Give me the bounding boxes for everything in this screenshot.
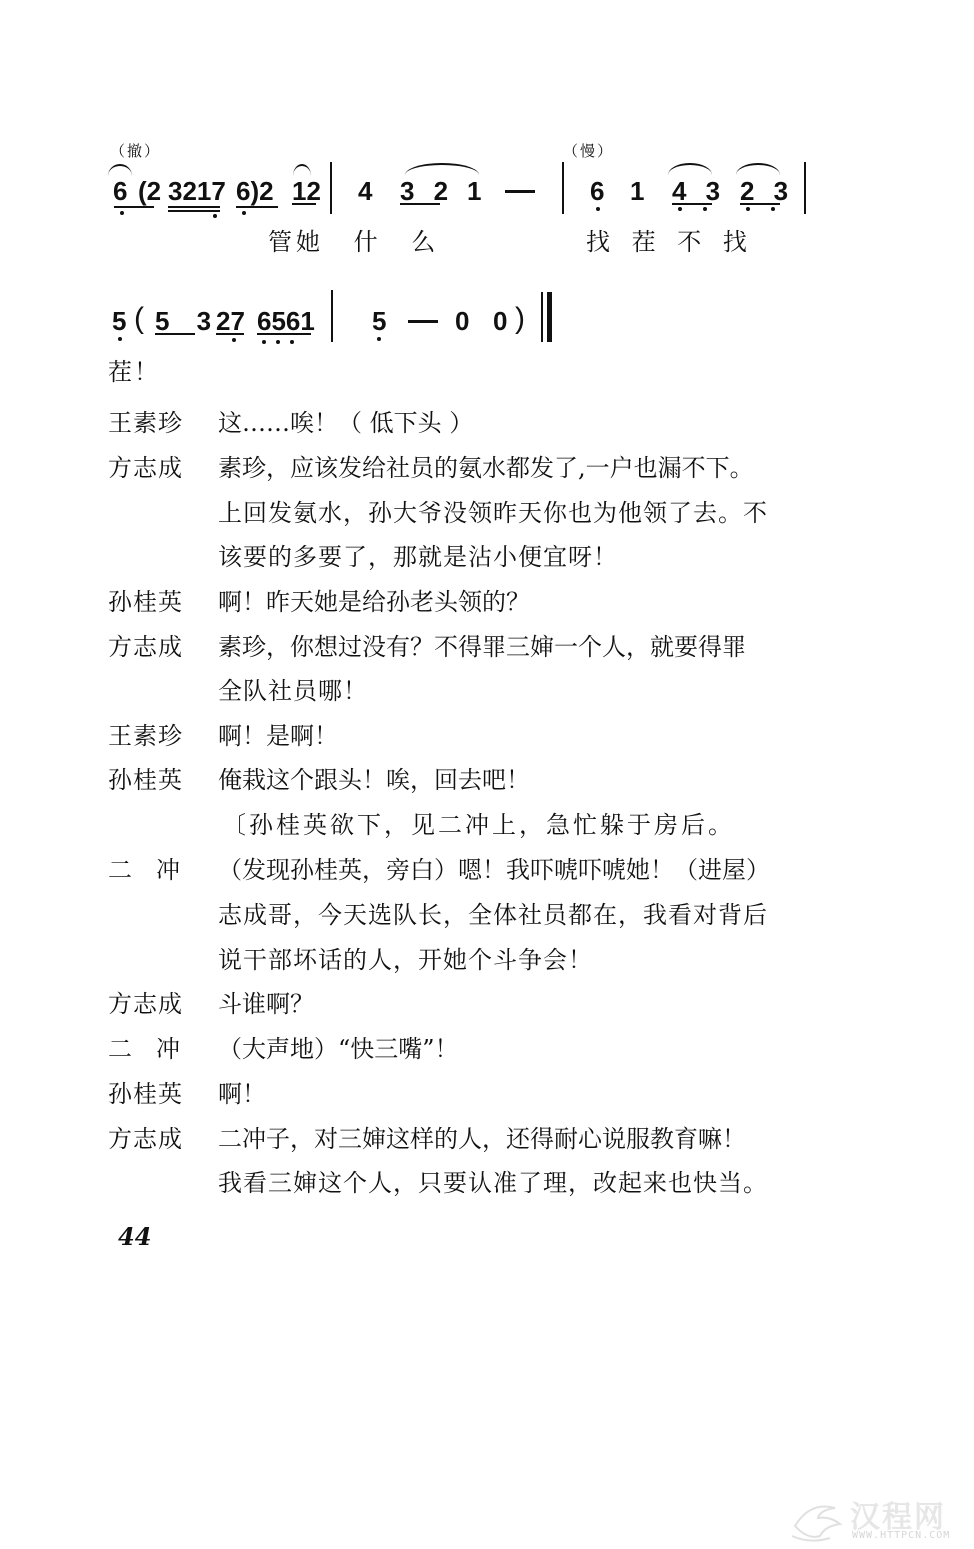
dialogue-line: 上回发氨水，孙大爷没领昨天你也为他领了去。不: [218, 498, 768, 528]
speaker-name: 方志成: [108, 453, 218, 483]
watermark-logo-icon: [790, 1496, 850, 1546]
watermark-url: WWW.HTTPCN.COM: [852, 1530, 950, 1541]
dialogue-entry: 孙桂英俺栽这个跟头！唉，回去吧！: [108, 765, 530, 795]
slur: [736, 163, 780, 175]
speaker-name: 二 冲: [108, 1034, 218, 1064]
note: 6561: [257, 306, 315, 336]
note: ): [515, 304, 525, 334]
dialogue-entry: 方志成素珍，应该发给社员的氨水都发了,一户也漏不下。: [108, 453, 754, 483]
slur: [293, 164, 311, 176]
dialogue-entry: 方志成素珍，你想过没有？不得罪三婶一个人，就要得罪: [108, 632, 746, 662]
slur: [108, 164, 132, 176]
note: 3 2: [400, 176, 454, 206]
note: 4 3: [672, 176, 726, 206]
speaker-name: 孙桂英: [108, 587, 218, 617]
dialogue-line: （发现孙桂英，旁白）嗯！我吓唬吓唬她！（进屋）: [218, 856, 770, 884]
note: (2: [138, 176, 161, 206]
bar-line: [804, 162, 806, 214]
note: 1: [467, 176, 481, 206]
dialogue-line: 该要的多要了，那就是沾小便宜呀！: [218, 542, 618, 572]
note: 27: [216, 306, 245, 336]
lyric: 茬！: [108, 352, 160, 387]
note: 12: [292, 176, 321, 206]
note: 6: [590, 176, 604, 206]
speaker-name: 王素珍: [108, 721, 218, 751]
lyric: 找 茬 不 找: [586, 222, 751, 257]
note: 4: [358, 176, 372, 206]
note: 5: [372, 306, 386, 336]
page-number: 44: [118, 1222, 151, 1251]
dialogue-entry: 方志成斗谁啊？: [108, 989, 314, 1019]
dialogue-line: （大声地）“快三嘴”！: [218, 1035, 459, 1063]
dialogue-line: 素珍，应该发给社员的氨水都发了,一户也漏不下。: [218, 454, 754, 482]
dialogue-entry: 孙桂英啊！昨天她是给孙老头领的？: [108, 587, 530, 617]
slur: [405, 163, 479, 175]
bar-line: [331, 290, 333, 342]
dialogue-entry: 孙桂英啊！: [108, 1079, 266, 1109]
lyric: 管她 什 么: [268, 222, 439, 257]
bar-line: [330, 162, 332, 214]
dialogue-line: 志成哥，今天选队长，全体社员都在，我看对背后: [218, 900, 768, 930]
note: 6: [113, 176, 127, 206]
note: 3217: [168, 176, 226, 206]
note: 1: [630, 176, 644, 206]
stage-direction: 〔孙桂英欲下，见二冲上，急忙躲于房后。: [222, 810, 735, 840]
speaker-name: 方志成: [108, 1124, 218, 1154]
dash: [408, 320, 438, 323]
dialogue-line: 斗谁啊？: [218, 990, 314, 1018]
dialogue-entry: 王素珍啊！是啊！: [108, 721, 338, 751]
dialogue-line: 说干部坏话的人，开她个斗争会！: [218, 945, 593, 975]
note: 2 3: [740, 176, 794, 206]
dialogue-line: 啊！是啊！: [218, 722, 338, 750]
dialogue-line: 啊！昨天她是给孙老头领的？: [218, 588, 530, 616]
slur: [668, 163, 712, 175]
dialogue-entry: 王素珍这……唉！（ 低下头 ）: [108, 408, 473, 438]
dialogue-entry: 二 冲（大声地）“快三嘴”！: [108, 1034, 459, 1064]
watermark: 汉程网 WWW.HTTPCN.COM: [790, 1492, 970, 1548]
dialogue-line: 素珍，你想过没有？不得罪三婶一个人，就要得罪: [218, 633, 746, 661]
dialogue-entry: 方志成二冲子，对三婶这样的人，还得耐心说服教育嘛！: [108, 1124, 746, 1154]
dialogue-entry: 二 冲（发现孙桂英，旁白）嗯！我吓唬吓唬她！（进屋）: [108, 855, 770, 885]
dialogue-line: 这……唉！（ 低下头 ）: [218, 409, 473, 437]
speaker-name: 二 冲: [108, 855, 218, 885]
note: 5: [112, 306, 126, 336]
final-bar-thin: [541, 292, 543, 342]
dash: [505, 190, 535, 193]
dialogue-line: 二冲子，对三婶这样的人，还得耐心说服教育嘛！: [218, 1125, 746, 1153]
bar-line: [562, 162, 564, 214]
dialogue-line: 我看三婶这个人，只要认准了理，改起来也快当。: [218, 1168, 768, 1198]
dialogue-line: 全队社员哪！: [218, 676, 368, 706]
tempo-mark-1: （撤）: [110, 140, 161, 161]
dialogue-line: 俺栽这个跟头！唉，回去吧！: [218, 766, 530, 794]
speaker-name: 孙桂英: [108, 1079, 218, 1109]
final-bar-thick: [547, 292, 552, 342]
speaker-name: 方志成: [108, 632, 218, 662]
tempo-mark-2: （慢）: [563, 140, 614, 161]
note: 0: [493, 306, 507, 336]
note: 6)2: [236, 176, 274, 206]
dialogue-line: 啊！: [218, 1080, 266, 1108]
speaker-name: 方志成: [108, 989, 218, 1019]
note: (: [134, 304, 144, 334]
note: 0: [455, 306, 469, 336]
note: 5 3: [155, 306, 221, 336]
speaker-name: 王素珍: [108, 408, 218, 438]
speaker-name: 孙桂英: [108, 765, 218, 795]
